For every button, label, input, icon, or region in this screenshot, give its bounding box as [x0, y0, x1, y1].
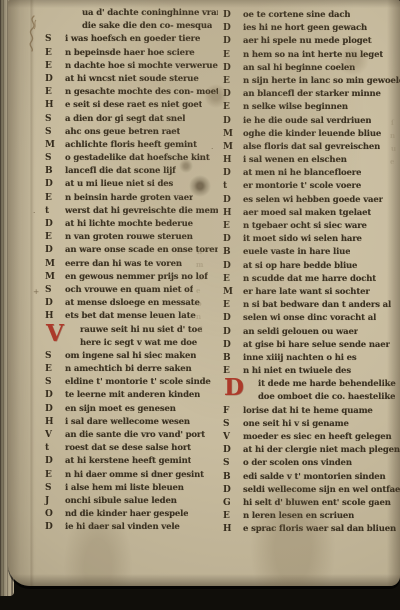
line-text: i was hoefsch en goeder tiere — [65, 33, 200, 46]
line-initial: B — [222, 352, 243, 365]
text-line: ter montorie t' scole voere — [222, 180, 400, 193]
line-text: at u mi lieue niet si des — [65, 178, 173, 191]
line-initial: D — [222, 484, 243, 497]
line-initial: S — [44, 152, 65, 165]
line-text: te leerne mit anderen kinden — [65, 389, 200, 402]
text-line: Dan ware onse scade en onse toren — [44, 244, 218, 257]
text-line: Die hi daer sal vinden vele — [44, 521, 218, 534]
line-text: en sijn moet es genesen — [65, 403, 176, 416]
text-line: So der scolen ons vinden — [222, 457, 400, 470]
text-line: En dachte hoe si mochte verwerue — [44, 60, 218, 73]
line-initial: E — [44, 192, 65, 205]
text-line: En van groten rouwe steruen — [44, 231, 218, 244]
text-line: Den sijn moet es genesen — [44, 403, 218, 416]
text-line: Daer hi spele nu mede ploget — [222, 35, 400, 48]
line-text: at mense dsloege en messate — [65, 297, 200, 310]
line-text: eldine t' montorie t' scole sinde — [65, 376, 211, 389]
text-line: Dat hi lichte mochte bederue — [44, 218, 218, 231]
line-text: e seit si dese raet es niet goet — [65, 99, 202, 112]
line-text: aer hi spele nu mede ploget — [243, 35, 372, 48]
line-initial: E — [222, 75, 243, 88]
text-line: Hi sal wenen en elschen — [222, 154, 400, 167]
text-line: Hets bet dat mense leuen late — [44, 310, 218, 323]
text-line: Ond die kinder haer gespele — [44, 508, 218, 521]
line-text: e sprac floris waer sal dan bliuen — [243, 523, 396, 536]
text-line: Dat hi kerstene heeft gemint — [44, 455, 218, 468]
line-initial: H — [44, 99, 65, 112]
line-initial: J — [44, 495, 65, 508]
line-text: o gestadelike dat hoefsche kint — [65, 152, 210, 165]
line-initial: D — [222, 35, 243, 48]
text-line: Moghe die kinder leuende bliue — [222, 128, 400, 141]
text-line: Som ingene sal hi siec maken — [44, 350, 218, 363]
text-line: Dselen wi onse dinc voracht al — [222, 312, 400, 325]
margin-mark: + — [33, 285, 39, 298]
line-initial: D — [222, 339, 243, 352]
line-text: n bepeinsde haer hoe sciere — [65, 47, 195, 60]
line-text: an sal hi beginne coelen — [243, 62, 355, 75]
line-text: ahc ons geue betren raet — [65, 126, 180, 139]
text-line: Machlichte floris heeft gemint — [44, 139, 218, 152]
line-initial: D — [222, 88, 243, 101]
line-initial: S — [44, 113, 65, 126]
text-line: ua d' dachte coninghinne vram — [44, 7, 218, 20]
text-line: Dat u mi lieue niet si des — [44, 178, 218, 191]
line-initial: D — [222, 115, 243, 128]
line-text: n hi daer omme si dner gesint — [65, 469, 204, 482]
text-line: Seldine t' montorie t' scole sinde — [44, 376, 218, 389]
line-initial: E — [44, 86, 65, 99]
line-text: oe te cortene sine dach — [243, 9, 350, 22]
text-line: Dies hi ne hort geen gewach — [222, 22, 400, 35]
line-text: n hi niet en twiuele des — [243, 365, 351, 378]
line-text: an ware onse scade en onse toren — [65, 244, 218, 257]
line-initial: S — [44, 376, 65, 389]
text-line: ·twerst dat hi gevreischte die memare — [44, 205, 218, 218]
line-initial: S — [44, 33, 65, 46]
text-line: Dan seldi gelouen ou waer — [222, 326, 400, 339]
line-initial: M — [44, 271, 65, 284]
line-initial: S — [44, 284, 65, 297]
text-line: En leren lesen en scriuen — [222, 510, 400, 523]
line-text: och vrouwe en quam niet of — [65, 284, 193, 297]
line-text: at hi wncst niet soude sterue — [65, 73, 199, 86]
line-text: at si op hare bedde bliue — [243, 260, 357, 273]
line-text: it moet sido wi selen hare — [243, 233, 362, 246]
text-line: En si bat bedware dan t anders al — [222, 299, 400, 312]
line-initial: F — [222, 405, 243, 418]
text-line: Sahc ons geue betren raet — [44, 126, 218, 139]
line-initial: E — [222, 510, 243, 523]
text-line: Ghi selt d' bluwen ent' scole gaen — [222, 497, 400, 510]
line-initial: D — [44, 455, 65, 468]
line-initial: G — [222, 497, 243, 510]
line-text: n tgebaer ocht si siec ware — [243, 220, 367, 233]
line-initial: M — [222, 286, 243, 299]
line-initial: B — [44, 165, 65, 178]
line-initial: S — [44, 482, 65, 495]
line-initial: E — [222, 273, 243, 286]
text-line: En bepeinsde haer hoe sciere — [44, 47, 218, 60]
rubricated-initial: D — [224, 376, 244, 400]
line-initial: E — [222, 101, 243, 114]
line-initial: E — [222, 49, 243, 62]
line-text: seldi wellecome sijn en wel ontfaen — [243, 484, 400, 497]
text-line: Sone seit hi v si gename — [222, 418, 400, 431]
text-line: troest dat se dese salse hort — [44, 442, 218, 455]
line-initial: D — [222, 326, 243, 339]
line-text: en gewous nemmer prijs no lof — [65, 271, 208, 284]
text-line: Binne xiiij nachten o hi es — [222, 352, 400, 365]
line-initial: M — [222, 141, 243, 154]
line-text: die sake die den co- mesqua — [82, 20, 212, 33]
text-line: Die he die oude sal verdriuen — [222, 115, 400, 128]
line-initial: V — [222, 431, 243, 444]
text-line: En beinsin harde groten vaer — [44, 192, 218, 205]
text-line: Van die sante die vro vand' port — [44, 429, 218, 442]
text-line: Dat men ni he blancefloere — [222, 167, 400, 180]
line-text: ie he die oude sal verdriuen — [243, 115, 371, 128]
line-text: nd die kinder haer gespele — [65, 508, 188, 521]
line-text: it dede me harde behendelike — [258, 378, 396, 391]
line-initial: E — [44, 60, 65, 73]
text-line: En selke wilse beginnen — [222, 101, 400, 114]
line-initial: t — [44, 442, 65, 455]
line-initial: D — [222, 444, 243, 457]
line-initial: D — [44, 521, 65, 534]
line-initial: E — [222, 299, 243, 312]
line-text: onchi sibule salue leden — [65, 495, 177, 508]
margin-mark: · — [33, 206, 35, 219]
line-text: at hi lichte mochte bederue — [65, 218, 193, 231]
line-text: n dachte hoe si mochte verwerue — [65, 60, 218, 73]
line-initial: S — [222, 418, 243, 431]
line-initial: E — [44, 47, 65, 60]
text-line: He sprac floris waer sal dan bliuen — [222, 523, 400, 536]
line-initial: D — [222, 312, 243, 325]
text-line: En hi niet en twiuele des — [222, 365, 400, 378]
line-text: lancefl die dat scone lijf — [65, 165, 176, 178]
line-text: euele vaste in hare liue — [243, 246, 350, 259]
text-line: Men gewous nemmer prijs no lof — [44, 271, 218, 284]
line-text: ets bet dat mense leuen late — [65, 310, 196, 323]
line-text: roest dat se dese salse hort — [65, 442, 191, 455]
line-text: eerre dan hi was te voren — [65, 258, 182, 271]
line-text: werst dat hi gevreischte die memare — [65, 205, 218, 218]
text-line: Dat si op hare bedde bliue — [222, 260, 400, 273]
line-text: i sal wenen en elschen — [243, 154, 347, 167]
line-text: moeder es siec en heeft gelegen — [243, 431, 392, 444]
line-text: ie hi daer sal vinden vele — [65, 521, 180, 534]
text-line: En tgebaer ocht si siec ware — [222, 220, 400, 233]
line-text: a dien dor gi segt dat snel — [65, 113, 185, 126]
text-line: Meerre dan hi was te voren — [44, 258, 218, 271]
line-initial: D — [222, 167, 243, 180]
margin-mark: · — [211, 142, 213, 155]
text-line: Dan blancefl der starker minne — [222, 88, 400, 101]
line-initial: H — [222, 207, 243, 220]
text-line: Dseldi wellecome sijn en wel ontfaen — [222, 484, 400, 497]
line-initial: D — [44, 218, 65, 231]
line-text: at hi kerstene heeft gemint — [65, 455, 191, 468]
line-text: at men ni he blancefloere — [243, 167, 361, 180]
line-text: n selke wilse beginnen — [243, 101, 348, 114]
line-initial: M — [44, 258, 65, 271]
text-line: Blancefl die dat scone lijf — [44, 165, 218, 178]
line-text: i alse hem mi liste bleuen — [65, 482, 184, 495]
line-initial: B — [222, 246, 243, 259]
line-text: n gesachte mochte des con- moet — [65, 86, 218, 99]
right-column: Doe te cortene sine dachDies hi ne hort … — [222, 9, 400, 537]
text-line: En hem so na int herte nu leget — [222, 49, 400, 62]
line-text: om ingene sal hi siec maken — [65, 350, 196, 363]
text-line: Dte leerne mit anderen kinden — [44, 389, 218, 402]
line-initial: D — [44, 178, 65, 191]
text-line: Dit dede me harde behendelike — [222, 378, 400, 391]
line-initial: H — [222, 523, 243, 536]
line-initial: H — [222, 154, 243, 167]
line-text: n leren lesen en scriuen — [243, 510, 354, 523]
line-initial: D — [222, 62, 243, 75]
line-text: lorise dat hi te heme quame — [243, 405, 373, 418]
line-initial: D — [44, 297, 65, 310]
line-initial: E — [44, 363, 65, 376]
text-line: Des selen wi hebben goede vaer — [222, 194, 400, 207]
text-line: +Soch vrouwe en quam niet of — [44, 284, 218, 297]
line-text: hi selt d' bluwen ent' scole gaen — [243, 497, 391, 510]
line-text: selen wi onse dinc voracht al — [243, 312, 376, 325]
line-text: o der scolen ons vinden — [243, 457, 352, 470]
line-initial: B — [222, 471, 243, 484]
line-text: n beinsin harde groten vaer — [65, 192, 193, 205]
text-line: Mer hare late want si sochter — [222, 286, 400, 299]
line-text: ua d' dachte coninghinne vram — [82, 7, 218, 20]
text-line: Doe te cortene sine dach — [222, 9, 400, 22]
line-text: n sijn herte in lanc so min gewoele — [243, 75, 400, 88]
line-text: rauwe seit hi nu siet d' toe — [80, 324, 202, 337]
line-initial: E — [222, 220, 243, 233]
line-text: oghe die kinder leuende bliue — [243, 128, 381, 141]
text-line: Dan sal hi beginne coelen — [222, 62, 400, 75]
text-line: Hi sal dare wellecome wesen — [44, 416, 218, 429]
line-initial: D — [44, 244, 65, 257]
text-line: Dat hi wncst niet soude sterue — [44, 73, 218, 86]
text-line: Vrauwe seit hi nu siet d' toe — [44, 324, 218, 337]
text-line: En hi daer omme si dner gesint — [44, 469, 218, 482]
line-initial: D — [222, 9, 243, 22]
text-line: En gesachte mochte des con- moet — [44, 86, 218, 99]
line-initial: D — [44, 403, 65, 416]
text-line: Bedi salde v t' montorien sinden — [222, 471, 400, 484]
line-text: n scudde dat me harre docht — [243, 273, 376, 286]
line-text: achlichte floris heeft gemint — [65, 139, 197, 152]
line-text: i sal dare wellecome wesen — [65, 416, 190, 429]
text-line: Beuele vaste in hare liue — [222, 246, 400, 259]
line-text: here ic segt v wat me doe — [80, 337, 197, 350]
text-line: die sake die den co- mesqua — [44, 20, 218, 33]
line-text: edi salde v t' montorien sinden — [243, 471, 386, 484]
line-text: n van groten rouwe steruen — [65, 231, 193, 244]
line-initial: D — [44, 73, 65, 86]
line-initial: t — [222, 180, 243, 193]
manuscript-page: ua d' dachte coninghinne vramdie sake di… — [8, 0, 400, 586]
line-initial: S — [222, 457, 243, 470]
line-text: an blancefl der starker minne — [243, 88, 381, 101]
text-line: He seit si dese raet es niet goet — [44, 99, 218, 112]
text-line: doe omboet die co. haestelike — [222, 391, 400, 404]
line-text: es selen wi hebben goede vaer — [243, 194, 383, 207]
text-line: ·Malse floris dat sal gevreischen — [222, 141, 400, 154]
line-text: ies hi ne hort geen gewach — [243, 22, 367, 35]
line-initial: E — [44, 231, 65, 244]
line-initial: V — [44, 429, 65, 442]
margin-doodle — [25, 14, 41, 52]
line-initial: E — [44, 469, 65, 482]
text-line: Haer moed sal maken tgelaet — [222, 207, 400, 220]
line-text: er montorie t' scole voere — [243, 180, 361, 193]
line-initial: D — [222, 233, 243, 246]
line-text: doe omboet die co. haestelike — [258, 391, 395, 404]
left-column: ua d' dachte coninghinne vramdie sake di… — [44, 7, 218, 535]
line-initial: D — [222, 194, 243, 207]
text-line: Dat mense dsloege en messate — [44, 297, 218, 310]
line-text: inne xiiij nachten o hi es — [243, 352, 357, 365]
line-text: one seit hi v si gename — [243, 418, 349, 431]
text-line: Vmoeder es siec en heeft gelegen — [222, 431, 400, 444]
line-initial: D — [222, 260, 243, 273]
line-initial: M — [44, 139, 65, 152]
line-text: an seldi gelouen ou waer — [243, 326, 358, 339]
line-text: er hare late want si sochter — [243, 286, 370, 299]
rubricated-initial: V — [46, 322, 64, 346]
line-initial: S — [44, 350, 65, 363]
line-initial: H — [44, 416, 65, 429]
line-text: at hi der clergie niet mach plegen — [243, 444, 400, 457]
line-text: n hem so na int herte nu leget — [243, 49, 383, 62]
line-text: an die sante die vro vand' port — [65, 429, 205, 442]
line-text: at gise bi hare selue sende naer — [243, 339, 390, 352]
text-line: Si alse hem mi liste bleuen — [44, 482, 218, 495]
line-initial: O — [44, 508, 65, 521]
line-initial: D — [222, 22, 243, 35]
line-text: alse floris dat sal gevreischen — [243, 141, 380, 154]
text-line: Dit moet sido wi selen hare — [222, 233, 400, 246]
text-line: En amechtich bi derre saken — [44, 363, 218, 376]
line-initial: D — [44, 389, 65, 402]
text-line: Si was hoefsch en goeder tiere — [44, 33, 218, 46]
line-text: aer moed sal maken tgelaet — [243, 207, 371, 220]
text-line: Dat hi der clergie niet mach plegen — [222, 444, 400, 457]
text-line: Dat gise bi hare selue sende naer — [222, 339, 400, 352]
text-line: En scudde dat me harre docht — [222, 273, 400, 286]
line-text: n amechtich bi derre saken — [65, 363, 192, 376]
line-initial: t — [44, 205, 65, 218]
line-initial: S — [44, 126, 65, 139]
text-line: En sijn herte in lanc so min gewoele — [222, 75, 400, 88]
text-line: Florise dat hi te heme quame — [222, 405, 400, 418]
text-line: So gestadelike dat hoefsche kint — [44, 152, 218, 165]
manuscript-scan: ua d' dachte coninghinne vramdie sake di… — [0, 0, 400, 610]
line-initial: M — [222, 128, 243, 141]
text-line: Jonchi sibule salue leden — [44, 495, 218, 508]
text-line: here ic segt v wat me doe — [44, 337, 218, 350]
line-text: n si bat bedware dan t anders al — [243, 299, 391, 312]
text-line: Sa dien dor gi segt dat snel — [44, 113, 218, 126]
